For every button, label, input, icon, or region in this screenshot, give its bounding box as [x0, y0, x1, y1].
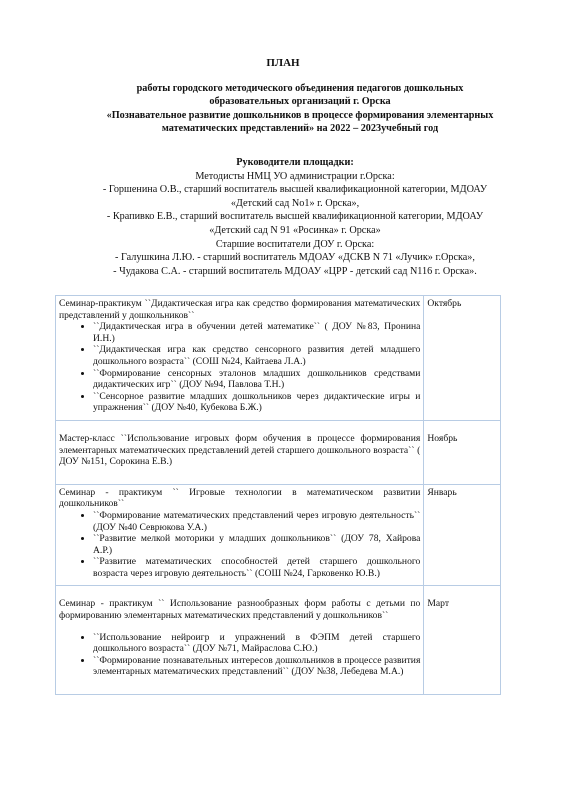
plan-table: Семинар-практикум ``Дидактическая игра к… — [55, 295, 501, 695]
leaders-line: Методисты НМЦ УО администрации г.Орска: — [60, 170, 530, 184]
list-item: ``Сенсорное развитие младших дошкольнико… — [93, 391, 420, 414]
activity-title: Семинар-практикум ``Дидактическая игра к… — [59, 298, 420, 321]
document-title: ПЛАН — [0, 57, 566, 69]
activity-cell: Семинар - практикум `` Игровые технологи… — [56, 484, 424, 586]
table-row: Семинар - практикум `` Использование раз… — [56, 586, 501, 695]
list-item: ``Дидактическая игра в обучении детей ма… — [93, 321, 420, 344]
subtitle-line: «Познавательное развитие дошкольников в … — [70, 109, 530, 122]
list-item: ``Развитие мелкой моторики у младших дош… — [93, 533, 420, 556]
list-item: ``Развитие математических способностей д… — [93, 556, 420, 579]
leaders-heading: Руководители площадки: — [60, 156, 530, 170]
list-item: ``Дидактическая игра как средство сенсор… — [93, 344, 420, 367]
table-row: Семинар - практикум `` Игровые технологи… — [56, 484, 501, 586]
activity-cell: Семинар-практикум ``Дидактическая игра к… — [56, 296, 424, 421]
list-item: ``Использование нейроигр и упражнений в … — [93, 632, 420, 655]
activity-title: Семинар - практикум `` Игровые технологи… — [59, 487, 420, 510]
leaders-line: - Крапивко Е.В., старший воспитатель выс… — [60, 210, 530, 224]
activity-list: ``Использование нейроигр и упражнений в … — [59, 632, 420, 678]
month-cell: Март — [424, 586, 501, 695]
month-cell: Ноябрь — [424, 420, 501, 484]
table-row: Семинар-практикум ``Дидактическая игра к… — [56, 296, 501, 421]
subtitle-line: работы городского методического объедине… — [70, 82, 530, 95]
activity-cell: Мастер-класс ``Использование игровых фор… — [56, 420, 424, 484]
activity-list: ``Формирование математических представле… — [59, 510, 420, 580]
leaders-line: - Горшенина О.В., старший воспитатель вы… — [60, 183, 530, 197]
leaders-line: - Чудакова С.А. - старший воспитатель МД… — [60, 265, 530, 279]
list-item: ``Формирование познавательных интересов … — [93, 655, 420, 678]
table-row: Мастер-класс ``Использование игровых фор… — [56, 420, 501, 484]
activity-title: Мастер-класс ``Использование игровых фор… — [59, 433, 420, 468]
leaders-line: - Галушкина Л.Ю. - старший воспитатель М… — [60, 251, 530, 265]
list-item: ``Формирование сенсорных эталонов младши… — [93, 368, 420, 391]
document-subtitle: работы городского методического объедине… — [70, 82, 530, 136]
month-cell: Октябрь — [424, 296, 501, 421]
document-page: ПЛАН работы городского методического объ… — [0, 0, 566, 800]
leaders-section: Руководители площадки: Методисты НМЦ УО … — [60, 156, 530, 278]
leaders-line: «Детский сад No1» г. Орска», — [60, 197, 530, 211]
list-item: ``Формирование математических представле… — [93, 510, 420, 533]
activity-list: ``Дидактическая игра в обучении детей ма… — [59, 321, 420, 414]
subtitle-line: математических представлений» на 2022 – … — [70, 122, 530, 135]
subtitle-line: образовательных организаций г. Орска — [70, 95, 530, 108]
activity-title: Семинар - практикум `` Использование раз… — [59, 598, 420, 621]
month-cell: Январь — [424, 484, 501, 586]
leaders-line: Старшие воспитатели ДОУ г. Орска: — [60, 238, 530, 252]
activity-cell: Семинар - практикум `` Использование раз… — [56, 586, 424, 695]
leaders-line: «Детский сад N 91 «Росинка» г. Орска» — [60, 224, 530, 238]
